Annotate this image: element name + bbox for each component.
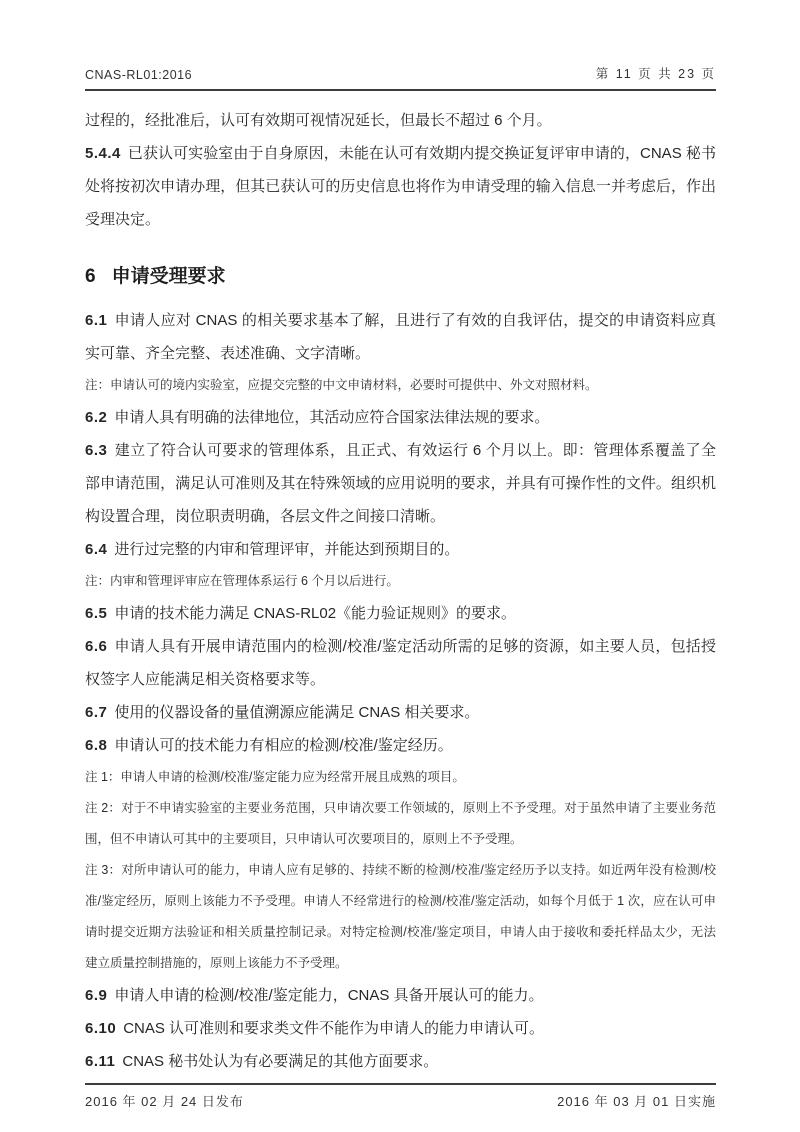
body-paragraph: 6.5申请的技术能力满足 CNAS-RL02《能力验证规则》的要求。 [85, 597, 716, 630]
section-number: 6.7 [85, 704, 107, 721]
body-paragraph: 6.10CNAS 认可准则和要求类文件不能作为申请人的能力申请认可。 [85, 1012, 716, 1045]
body-paragraph: 6.11CNAS 秘书处认为有必要满足的其他方面要求。 [85, 1045, 716, 1078]
section-number: 6.9 [85, 987, 107, 1004]
body-paragraph: 6.4进行过完整的内审和管理评审，并能达到预期目的。 [85, 533, 716, 566]
body-paragraph: 5.4.4已获认可实验室由于自身原因，未能在认可有效期内提交换证复评审申请的，C… [85, 137, 716, 236]
section-number: 6.8 [85, 737, 107, 754]
document-code: CNAS-RL01:2016 [85, 68, 192, 82]
note-paragraph: 注 1：申请人申请的检测/校准/鉴定能力应为经常开展且成熟的项目。 [85, 762, 716, 793]
section-number: 6.5 [85, 605, 107, 622]
body-paragraph: 6.6申请人具有开展申请范围内的检测/校准/鉴定活动所需的足够的资源，如主要人员… [85, 630, 716, 696]
section-number: 6.6 [85, 638, 107, 655]
page-header: CNAS-RL01:2016 第 11 页 共 23 页 [85, 64, 716, 91]
body-paragraph: 6.9申请人申请的检测/校准/鉴定能力，CNAS 具备开展认可的能力。 [85, 979, 716, 1012]
section-number: 5.4.4 [85, 145, 121, 162]
body-paragraph: 6.3建立了符合认可要求的管理体系，且正式、有效运行 6 个月以上。即：管理体系… [85, 434, 716, 533]
body-paragraph: 6.7使用的仪器设备的量值溯源应能满足 CNAS 相关要求。 [85, 696, 716, 729]
document-page: CNAS-RL01:2016 第 11 页 共 23 页 过程的，经批准后，认可… [0, 0, 800, 1132]
section-number: 6.1 [85, 312, 107, 329]
section-number: 6.11 [85, 1053, 115, 1070]
body-paragraph: 6.1申请人应对 CNAS 的相关要求基本了解，且进行了有效的自我评估，提交的申… [85, 304, 716, 370]
document-body: 过程的，经批准后，认可有效期可视情况延长，但最长不超过 6 个月。5.4.4已获… [85, 104, 716, 1078]
section-number: 6.3 [85, 442, 107, 459]
page-number-indicator: 第 11 页 共 23 页 [596, 64, 716, 82]
section-heading: 6申请受理要求 [85, 260, 716, 294]
section-number: 6 [85, 266, 96, 287]
section-number: 6.2 [85, 409, 107, 426]
note-paragraph: 注 3：对所申请认可的能力，申请人应有足够的、持续不断的检测/校准/鉴定经历予以… [85, 855, 716, 979]
note-paragraph: 注：内审和管理评审应在管理体系运行 6 个月以后进行。 [85, 566, 716, 597]
body-paragraph: 6.2申请人具有明确的法律地位，其活动应符合国家法律法规的要求。 [85, 401, 716, 434]
section-number: 6.10 [85, 1020, 116, 1037]
page-footer: 2016 年 02 月 24 日发布 2016 年 03 月 01 日实施 [85, 1083, 716, 1110]
note-paragraph: 注：申请认可的境内实验室，应提交完整的中文申请材料，必要时可提供中、外文对照材料… [85, 370, 716, 401]
body-paragraph: 6.8申请认可的技术能力有相应的检测/校准/鉴定经历。 [85, 729, 716, 762]
body-paragraph: 过程的，经批准后，认可有效期可视情况延长，但最长不超过 6 个月。 [85, 104, 716, 137]
note-paragraph: 注 2：对于不申请实验室的主要业务范围，只申请次要工作领域的，原则上不予受理。对… [85, 793, 716, 855]
implement-date: 2016 年 03 月 01 日实施 [557, 1091, 716, 1110]
section-number: 6.4 [85, 541, 107, 558]
release-date: 2016 年 02 月 24 日发布 [85, 1091, 244, 1110]
